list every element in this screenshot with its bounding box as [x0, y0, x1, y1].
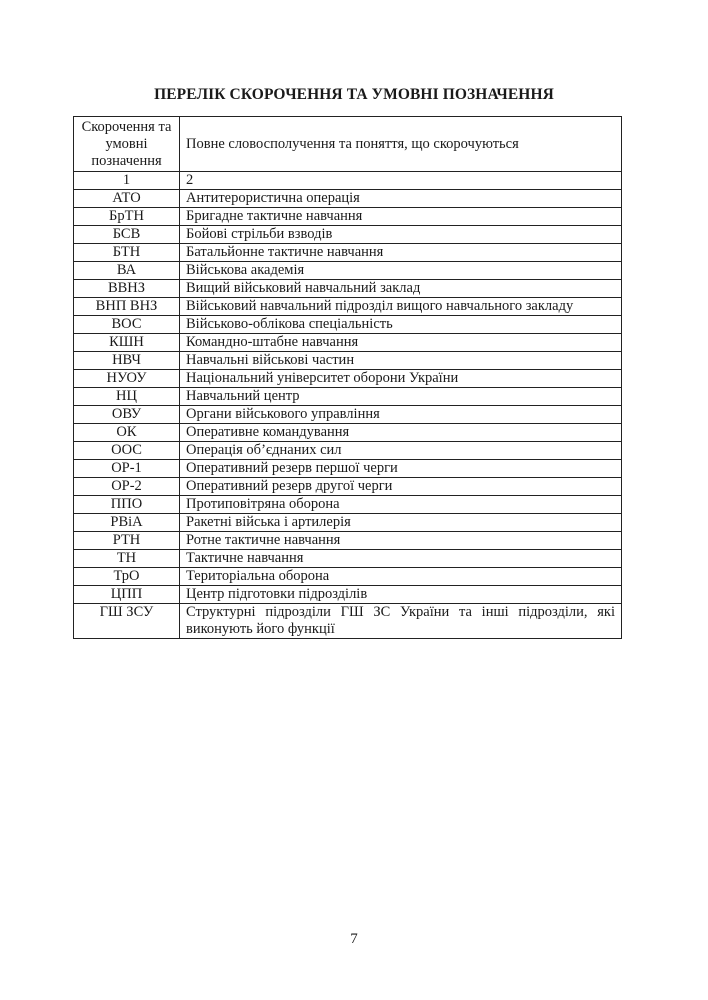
abbreviation-cell: БТН [74, 244, 180, 262]
column-number-1: 1 [74, 172, 180, 190]
table-row: ЦППЦентр підготовки підрозділів [74, 586, 622, 604]
full-term-cell: Командно-штабне навчання [180, 334, 622, 352]
table-row: ВНП ВНЗВійськовий навчальний підрозділ в… [74, 298, 622, 316]
full-term-cell: Національний університет оборони України [180, 370, 622, 388]
abbreviation-cell: АТО [74, 190, 180, 208]
abbreviation-cell: ГШ ЗСУ [74, 604, 180, 639]
abbreviation-cell: ОК [74, 424, 180, 442]
full-term-cell: Структурні підрозділи ГШ ЗС України та і… [180, 604, 622, 639]
table-row: ППОПротиповітряна оборона [74, 496, 622, 514]
table-row: ТрОТериторіальна оборона [74, 568, 622, 586]
abbreviation-cell: НЦ [74, 388, 180, 406]
full-term-cell: Ротне тактичне навчання [180, 532, 622, 550]
full-term-cell: Протиповітряна оборона [180, 496, 622, 514]
full-term-cell: Бойові стрільби взводів [180, 226, 622, 244]
full-term-cell: Територіальна оборона [180, 568, 622, 586]
full-term-cell: Військово-облікова спеціальність [180, 316, 622, 334]
table-row: НУОУНаціональний університет оборони Укр… [74, 370, 622, 388]
column-number-2: 2 [180, 172, 622, 190]
table-row: ООСОперація об’єднаних сил [74, 442, 622, 460]
abbreviation-cell: ЦПП [74, 586, 180, 604]
full-term-cell: Оперативний резерв першої черги [180, 460, 622, 478]
table-row: КШНКомандно-штабне навчання [74, 334, 622, 352]
column-number-row: 1 2 [74, 172, 622, 190]
table-row: ОВУОргани військового управління [74, 406, 622, 424]
full-term-cell: Вищий військовий навчальний заклад [180, 280, 622, 298]
document-title: ПЕРЕЛІК СКОРОЧЕННЯ ТА УМОВНІ ПОЗНАЧЕННЯ [0, 86, 708, 104]
table-row: БрТНБригадне тактичне навчання [74, 208, 622, 226]
full-term-cell: Центр підготовки підрозділів [180, 586, 622, 604]
table-row: НЦНавчальний центр [74, 388, 622, 406]
table-row: ОКОперативне командування [74, 424, 622, 442]
table-row: БСВБойові стрільби взводів [74, 226, 622, 244]
table-row: НВЧНавчальні військові частин [74, 352, 622, 370]
full-term-cell: Оперативний резерв другої черги [180, 478, 622, 496]
table-row: РВіАРакетні війська і артилерія [74, 514, 622, 532]
page-number: 7 [0, 931, 708, 948]
abbreviation-cell: БрТН [74, 208, 180, 226]
table-row: ОР-1Оперативний резерв першої черги [74, 460, 622, 478]
abbreviation-cell: ТН [74, 550, 180, 568]
header-abbreviation: Скорочення та умовні позначення [74, 117, 180, 172]
table-row: ОР-2Оперативний резерв другої черги [74, 478, 622, 496]
abbreviation-cell: НВЧ [74, 352, 180, 370]
full-term-cell: Антитерористична операція [180, 190, 622, 208]
abbreviation-cell: КШН [74, 334, 180, 352]
full-term-cell: Військова академія [180, 262, 622, 280]
table-header-row: Скорочення та умовні позначення Повне сл… [74, 117, 622, 172]
abbreviation-cell: ВВНЗ [74, 280, 180, 298]
full-term-cell: Батальйонне тактичне навчання [180, 244, 622, 262]
abbreviation-cell: ОР-2 [74, 478, 180, 496]
table-row: РТНРотне тактичне навчання [74, 532, 622, 550]
full-term-cell: Ракетні війська і артилерія [180, 514, 622, 532]
abbreviation-cell: НУОУ [74, 370, 180, 388]
table-row: АТОАнтитерористична операція [74, 190, 622, 208]
full-term-cell: Органи військового управління [180, 406, 622, 424]
abbreviation-cell: БСВ [74, 226, 180, 244]
table-row: ВОСВійськово-облікова спеціальність [74, 316, 622, 334]
abbreviation-cell: ВНП ВНЗ [74, 298, 180, 316]
abbreviation-cell: ОР-1 [74, 460, 180, 478]
full-term-cell: Навчальні військові частин [180, 352, 622, 370]
header-full-term: Повне словосполучення та поняття, що ско… [180, 117, 622, 172]
full-term-cell: Військовий навчальний підрозділ вищого н… [180, 298, 622, 316]
full-term-cell: Навчальний центр [180, 388, 622, 406]
abbreviation-cell: РТН [74, 532, 180, 550]
abbreviations-table: Скорочення та умовні позначення Повне сл… [73, 116, 622, 639]
full-term-cell: Бригадне тактичне навчання [180, 208, 622, 226]
abbreviation-cell: ВА [74, 262, 180, 280]
abbreviation-cell: ВОС [74, 316, 180, 334]
abbreviation-cell: ООС [74, 442, 180, 460]
table-row: ТНТактичне навчання [74, 550, 622, 568]
full-term-cell: Тактичне навчання [180, 550, 622, 568]
abbreviation-cell: РВіА [74, 514, 180, 532]
abbreviation-cell: ППО [74, 496, 180, 514]
table-row: ВВНЗВищий військовий навчальний заклад [74, 280, 622, 298]
table-row: ГШ ЗСУСтруктурні підрозділи ГШ ЗС Україн… [74, 604, 622, 639]
table-row: ВАВійськова академія [74, 262, 622, 280]
abbreviation-cell: ОВУ [74, 406, 180, 424]
full-term-cell: Оперативне командування [180, 424, 622, 442]
table-row: БТНБатальйонне тактичне навчання [74, 244, 622, 262]
abbreviation-cell: ТрО [74, 568, 180, 586]
full-term-cell: Операція об’єднаних сил [180, 442, 622, 460]
